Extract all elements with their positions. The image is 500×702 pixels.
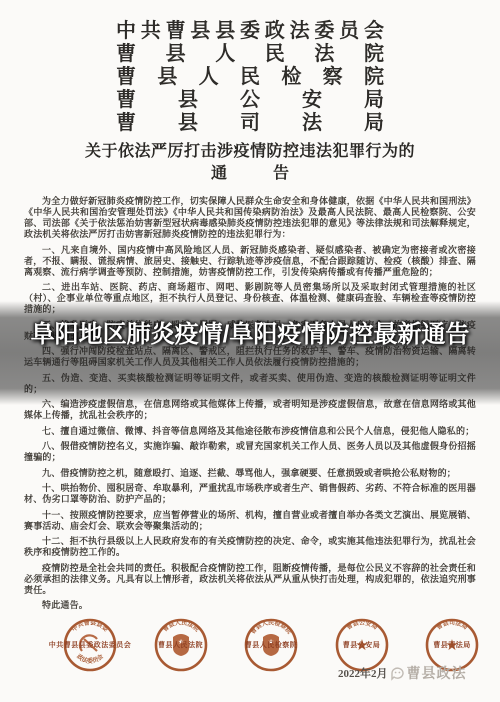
notice-photo: 中共曹县县委政法委员会 曹县人民法院 曹县人民检察院 曹县公安局 曹县司法局 关…: [0, 0, 500, 702]
letterhead-line-5: 曹县司法局: [116, 112, 384, 135]
letterhead: 中共曹县县委政法委员会 曹县人民法院 曹县人民检察院 曹县公安局 曹县司法局: [0, 0, 500, 135]
seal-label: 曹县人民检察院: [245, 640, 298, 650]
watermark-logo-icon: [390, 666, 405, 681]
watermark: 曹县政法: [390, 663, 467, 683]
svg-text:政法委员会: 政法委员会: [75, 652, 105, 665]
seal-politics-law-committee: 中共曹县县委 政法委员会 中共曹县县委政法委员会: [62, 616, 118, 674]
notice-title-line1: 关于依法严厉打击涉疫情防控违法犯罪行为的: [0, 141, 500, 162]
seal-procuratorate: ★ 曹县人民检察院 曹县人民检察院: [243, 616, 299, 674]
body-paragraph: 八、假借疫情防控名义，实施诈骗、敲诈勒索，或冒充国家机关工作人员、医务人员以及其…: [24, 441, 476, 463]
notice-date: 2022年2月: [338, 665, 388, 681]
notice-title-line2: 通告: [211, 163, 289, 184]
body-paragraph: 六、编造涉疫虚假信息，在信息网络或其他媒体上传播，或者明知是涉疫虚假信息，故意在…: [24, 399, 476, 421]
body-paragraph: 十二、拒不执行县级以上人民政府发布的有关疫情防控的决定、命令，或实施其他违法犯罪…: [24, 536, 476, 558]
letterhead-line-2: 曹县人民法院: [116, 43, 384, 66]
body-paragraph: 十一、按照疫情防控要求，应当暂停营业的场所、机构，擅自营业或者擅自举办各类文艺演…: [24, 510, 476, 532]
body-paragraph: 一、凡来自境外、国内疫情中高风险地区人员、新冠肺炎感染者、疑似感染者、被确定为密…: [24, 245, 476, 278]
notice-title: 关于依法严厉打击涉疫情防控违法犯罪行为的 通告: [0, 141, 500, 184]
seal-peoples-court: ★ 曹县人民法院 曹县人民法院: [153, 616, 209, 674]
seal-label: 中共曹县县委政法委员会: [49, 640, 132, 650]
notice-body: 为全力做好新冠肺炎疫情防控工作，切实保障人民群众生命安全和身体健康，依据《中华人…: [0, 196, 500, 611]
seal-label: 曹县公安局: [343, 640, 381, 650]
seal-label: 曹县司法局: [433, 640, 471, 650]
seal-label: 曹县人民法院: [158, 640, 203, 650]
caption-overlay: 阜阳地区肺炎疫情/阜阳疫情防控最新通告: [30, 320, 470, 350]
letterhead-line-3: 曹县人民检察院: [116, 66, 384, 89]
body-paragraph: 为全力做好新冠肺炎疫情防控工作，切实保障人民群众生命安全和身体健康，依据《中华人…: [24, 196, 476, 240]
body-paragraph: 七、擅自通过微信、微博、抖音等信息网络及其他途径散布涉疫情信息和公民个人信息，侵…: [24, 426, 476, 437]
svg-text:曹县公安局: 曹县公安局: [344, 619, 378, 631]
body-paragraph: 十、哄抬物价、囤积居奇、牟取暴利，严重扰乱市场秩序或者生产、销售假药、劣药、不符…: [24, 483, 476, 505]
body-paragraph: 二、进出车站、医院、药店、商场超市、网吧、影剧院等人员密集场所以及采取封闭式管理…: [24, 282, 476, 315]
body-paragraph: 九、借疫情防控之机，随意殴打、追逐、拦截、辱骂他人，强拿硬要、任意损毁或者哄抢公…: [24, 468, 476, 479]
watermark-text: 曹县政法: [407, 663, 467, 683]
letterhead-line-4: 曹县公安局: [116, 89, 384, 112]
body-closing: 特此通告。: [24, 600, 476, 611]
date-row: 2022年2月 曹县政法: [338, 663, 467, 683]
body-paragraph: 疫情防控是全社会共同的责任。积极配合疫情防控工作，阻断疫情传播，是每位公民义不容…: [24, 563, 476, 596]
letterhead-line-1: 中共曹县县委政法委员会: [116, 20, 384, 43]
body-paragraph: 五、伪造、变造、买卖核酸检测证明等证明文件，或者买卖、使用伪造、变造的核酸检测证…: [24, 373, 476, 395]
